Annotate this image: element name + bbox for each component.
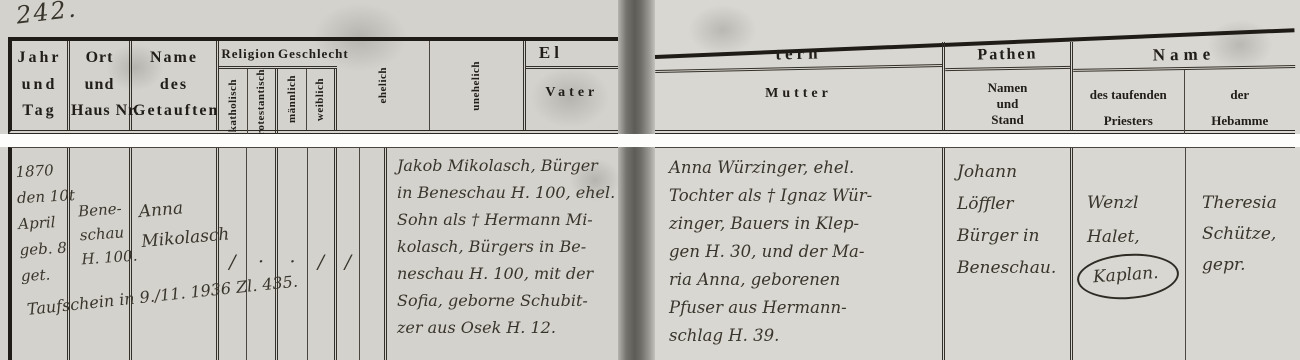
protestantisch-tick: · bbox=[258, 251, 264, 273]
priester-entry: Wenzl Halet, Kaplan. bbox=[1073, 148, 1185, 299]
cell-priester: Wenzl Halet, Kaplan. bbox=[1073, 148, 1186, 360]
name-getauften-entry: AnnaMikolasch bbox=[128, 145, 221, 258]
religion-group-label: Religion bbox=[219, 41, 278, 69]
scan-seam bbox=[0, 134, 1300, 147]
col-unehelich: unehelich bbox=[430, 41, 525, 130]
col-header-mutter: tern Mutter bbox=[655, 42, 945, 130]
cell-hebamme: TheresiaSchütze,gepr. bbox=[1186, 148, 1295, 360]
cell-tick-katholisch: / bbox=[219, 148, 247, 360]
col-header-jahr-tag: JahrundTag bbox=[12, 41, 70, 130]
priester-line: Wenzl bbox=[1087, 186, 1183, 220]
priester-line: Halet, bbox=[1087, 220, 1183, 254]
col-maennlich: männlich bbox=[278, 69, 307, 130]
cell-vater: Jakob Mikolasch, Bürgerin Beneschau H. 1… bbox=[387, 148, 618, 360]
ehelich-label: ehelich bbox=[377, 67, 389, 104]
col-hebamme: derHebamme bbox=[1185, 70, 1296, 134]
col-protestantisch: protestantisch bbox=[248, 69, 279, 142]
kaplan-circled: Kaplan. bbox=[1076, 251, 1181, 303]
protestantisch-label: protestantisch bbox=[255, 69, 267, 142]
hebamme-label: derHebamme bbox=[1211, 82, 1268, 134]
col-header-pathen: Pathen NamenundStand bbox=[945, 42, 1073, 130]
maennlich-tick: · bbox=[289, 251, 295, 273]
cell-name-getauften: AnnaMikolasch bbox=[132, 148, 219, 360]
book-gutter-shadow bbox=[618, 0, 655, 360]
pathen-group-label: Pathen bbox=[945, 41, 1070, 71]
record-row-right: Anna Würzinger, ehel.Tochter als † Ignaz… bbox=[655, 147, 1295, 360]
pathen-entry: JohannLöfflerBürger inBeneschau. bbox=[945, 148, 1070, 284]
katholisch-tick: / bbox=[229, 251, 235, 273]
jahr-tag-entry: 1870den 10tAprilgeb. 8get. bbox=[8, 147, 70, 290]
geschlecht-group-label: Geschlecht bbox=[278, 41, 337, 69]
name-group-label: Name bbox=[1073, 40, 1295, 72]
cell-tick-weiblich: / bbox=[308, 148, 337, 360]
eltern-left-half-label: El bbox=[526, 41, 618, 69]
col-weiblich: weiblich bbox=[307, 69, 338, 130]
cell-tick-unehelich bbox=[360, 148, 387, 360]
col-group-name: Name des taufendenPriesters derHebamme bbox=[1073, 42, 1295, 130]
cell-jahr-tag: 1870den 10tAprilgeb. 8get. bbox=[12, 148, 70, 360]
cell-pathen: JohannLöfflerBürger inBeneschau. bbox=[945, 148, 1073, 360]
maennlich-label: männlich bbox=[286, 75, 298, 123]
vater-entry: Jakob Mikolasch, Bürgerin Beneschau H. 1… bbox=[387, 148, 618, 341]
eltern-right-half-label: tern bbox=[655, 39, 943, 73]
church-register-scan: 242. JahrundTag OrtundHaus Nr. NamedesGe… bbox=[0, 0, 1300, 360]
col-ehelich: ehelich bbox=[337, 41, 430, 130]
hebamme-entry: TheresiaSchütze,gepr. bbox=[1186, 148, 1295, 281]
weiblich-label: weiblich bbox=[314, 78, 326, 121]
ort-haus-label: OrtundHaus Nr. bbox=[70, 41, 129, 130]
weiblich-tick: / bbox=[318, 251, 324, 273]
name-getauften-label: NamedesGetauften bbox=[132, 41, 216, 130]
jahr-tag-label: JahrundTag bbox=[12, 41, 67, 130]
ehelich-tick: / bbox=[345, 251, 351, 273]
mutter-entry: Anna Würzinger, ehel.Tochter als † Ignaz… bbox=[655, 148, 942, 350]
unehelich-label: unehelich bbox=[470, 61, 482, 111]
col-header-name-getauften: NamedesGetauften bbox=[132, 41, 219, 130]
cell-mutter: Anna Würzinger, ehel.Tochter als † Ignaz… bbox=[655, 148, 945, 360]
col-header-ort-haus: OrtundHaus Nr. bbox=[70, 41, 132, 130]
record-row-left: 1870den 10tAprilgeb. 8get. Bene-schauH. … bbox=[8, 147, 618, 360]
header-right-page: tern Mutter Pathen NamenundStand Name de… bbox=[655, 42, 1295, 134]
header-left-page: JahrundTag OrtundHaus Nr. NamedesGetauft… bbox=[8, 37, 618, 134]
col-katholisch: katholisch bbox=[219, 69, 248, 142]
mutter-label: Mutter bbox=[655, 70, 942, 130]
col-header-vater: El Vater bbox=[526, 41, 618, 130]
col-group-religion: Religion katholisch protestantisch bbox=[219, 41, 278, 130]
col-group-geschlecht: Geschlecht männlich weiblich bbox=[278, 41, 337, 130]
priester-label: des taufendenPriesters bbox=[1090, 82, 1167, 134]
cell-ort-haus: Bene-schauH. 100. bbox=[70, 148, 132, 360]
cell-tick-protestantisch: · bbox=[247, 148, 278, 360]
pathen-sub-label: NamenundStand bbox=[945, 70, 1070, 136]
cell-tick-maennlich: · bbox=[278, 148, 308, 360]
cell-tick-ehelich: / bbox=[337, 148, 360, 360]
col-priester: des taufendenPriesters bbox=[1073, 70, 1185, 134]
ort-haus-entry: Bene-schauH. 100. bbox=[66, 146, 133, 272]
katholisch-label: katholisch bbox=[227, 79, 239, 132]
vater-label: Vater bbox=[526, 69, 618, 130]
